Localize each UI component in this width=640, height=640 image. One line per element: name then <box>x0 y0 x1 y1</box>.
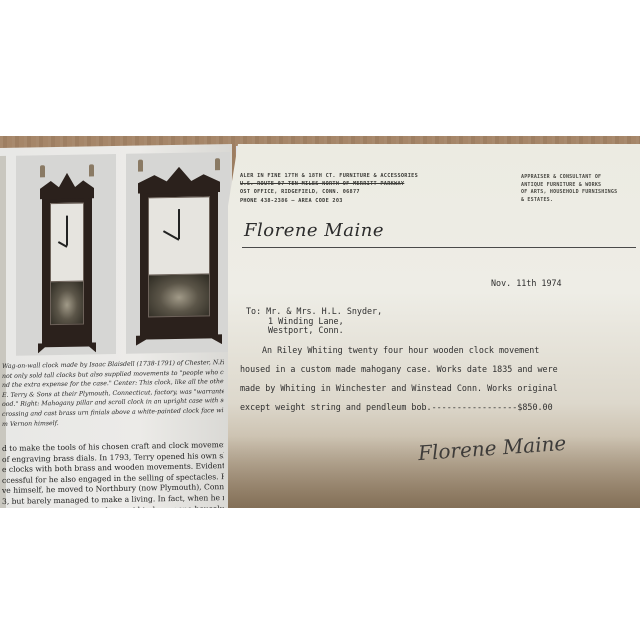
letterhead-brand-name: Florene Maine <box>244 220 384 241</box>
letterhead-line: ANTIQUE FURNITURE & WORKS <box>521 182 617 190</box>
photo: Wag-on-wall clock made by Isaac Blaisdel… <box>0 136 640 508</box>
clock-finial-right <box>89 164 94 176</box>
letterhead-services: APPRAISER & CONSULTANT OF ANTIQUE FURNIT… <box>521 174 617 204</box>
letterhead-line: OST OFFICE, RIDGEFIELD, CONN. 06877 <box>240 188 418 196</box>
clock-dial-icon <box>148 196 210 282</box>
clock-painted-glass <box>50 281 84 326</box>
letterhead-line-struck: U.S. ROUTE 07 TEN MILES NORTH OF MERRITT… <box>240 180 418 188</box>
book-caption: Wag-on-wall clock made by Isaac Blaisdel… <box>2 358 224 429</box>
letterhead-rule <box>242 247 636 248</box>
letterhead-address: ALER IN FINE 17TH & 18TH CT. FURNITURE &… <box>240 172 418 205</box>
letter-date: Nov. 11th 1974 <box>491 278 562 288</box>
letter-body-line: An Riley Whiting twenty four hour wooden… <box>240 341 558 360</box>
recipient-city: Westport, Conn. <box>246 326 382 336</box>
letter-body-line: made by Whiting in Winchester and Winste… <box>240 379 558 398</box>
clock-foot <box>38 342 96 353</box>
typed-letter: ALER IN FINE 17TH & 18TH CT. FURNITURE &… <box>228 144 640 508</box>
letterhead-line: OF ARTS, HOUSEHOLD FURNISHINGS <box>521 189 617 197</box>
clock-photo-left <box>16 154 116 356</box>
clock-finial-left <box>138 160 143 172</box>
handwritten-signature: Florene Maine <box>417 431 567 465</box>
clock-foot <box>136 334 222 346</box>
pillar-scroll-clock-image <box>140 188 218 337</box>
letterhead-phone: PHONE 438-2386 — AREA CODE 203 <box>240 197 418 205</box>
letterhead-line: ALER IN FINE 17TH & 18TH CT. FURNITURE &… <box>240 172 418 180</box>
clock-finial-right <box>215 158 220 170</box>
clock-photo-right <box>126 152 230 354</box>
book-body-text: d to make the tools of his chosen craft … <box>2 440 224 508</box>
clock-painted-glass <box>148 273 210 318</box>
letterhead-line: & ESTATES. <box>521 197 617 205</box>
letter-body: An Riley Whiting twenty four hour wooden… <box>240 341 558 417</box>
letter-body-line-price: except weight string and pendleum bob.--… <box>240 398 558 417</box>
letter-body-line: housed in a custom made mahogany case. W… <box>240 360 558 379</box>
letterhead-line: APPRAISER & CONSULTANT OF <box>521 174 617 182</box>
open-book-page: Wag-on-wall clock made by Isaac Blaisdel… <box>0 144 232 508</box>
clock-dial-icon <box>50 203 84 290</box>
pillar-scroll-clock-image <box>42 194 92 345</box>
recipient-address: To: Mr. & Mrs. H.L. Snyder, 1 Winding La… <box>246 307 382 336</box>
clock-finial-left <box>40 165 45 177</box>
clock-scroll-top <box>40 172 94 199</box>
clock-scroll-top <box>138 166 220 193</box>
